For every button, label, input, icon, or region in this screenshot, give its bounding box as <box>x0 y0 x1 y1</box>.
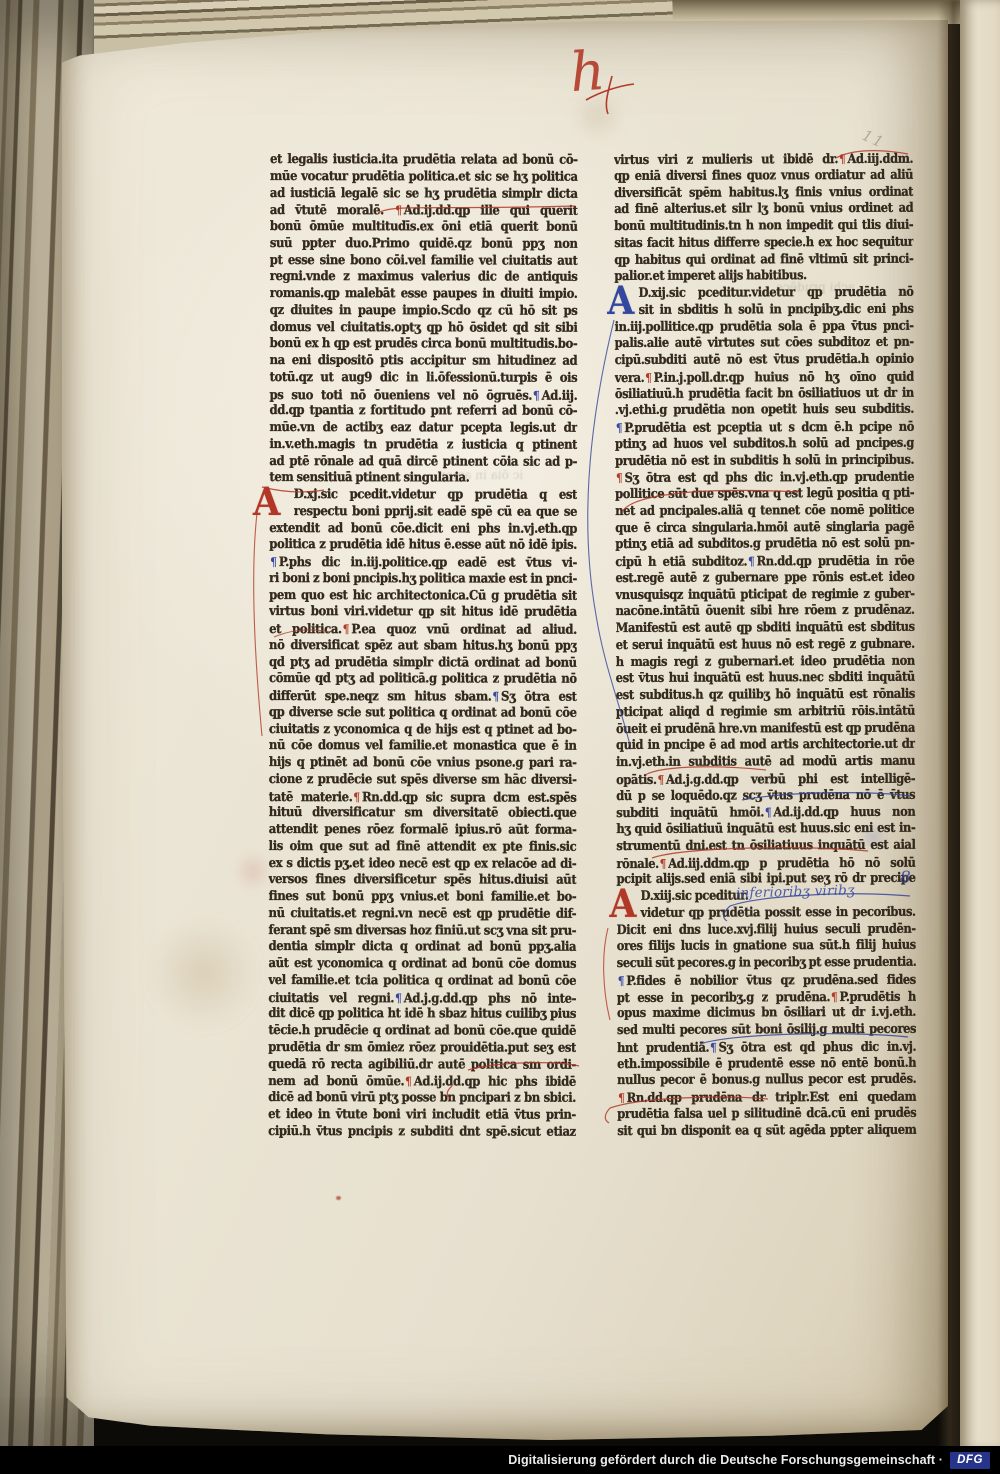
manuscript-text-line: que ē circa singularia.hmōi autē singlar… <box>615 519 914 537</box>
manuscript-text-line: ¶Rn.dd.qp prudēna dr triplr.Est eni qued… <box>617 1089 916 1107</box>
illuminated-initial: A <box>609 887 634 921</box>
manuscript-text-line: tatē materie.¶Rn.dd.qp sic supra dcm est… <box>269 788 577 805</box>
manuscript-text-line: dit dicē qp politica ht idē h sbaz hitus… <box>268 1006 576 1023</box>
manuscript-text-line: Manifestū est autē qp sbditi inquātū est… <box>616 620 915 638</box>
illuminated-initial: A <box>607 284 632 318</box>
pilcrow-mark: ¶ <box>352 790 362 804</box>
manuscript-text-line: tem sensitiuā ptinent singularia. <box>269 470 577 487</box>
manuscript-text-line: na eni dispositō ptis accipitur sm hitud… <box>270 353 578 370</box>
manuscript-text-line: ptinʒ ad huos vel subditos.h solū ad pnc… <box>615 435 914 453</box>
manuscript-text-line: pt esse sine bono cōi.vel familie vel ci… <box>270 252 578 269</box>
manuscript-text-line: .vj.ethi.g prudētia non opetit huis seu … <box>615 402 914 420</box>
manuscript-text-line: hijs q ptinēt ad bonū cōe vnius psone.g … <box>269 755 577 772</box>
manuscript-text-line: pticipat aliqd d regimie sm arbitriū rōi… <box>616 703 915 721</box>
manuscript-text-line: in.v.eth.magis tn prudētia z iusticia q … <box>269 437 577 454</box>
manuscript-text-line: nō diversificat spēz aut sbam hitus.hʒ b… <box>269 638 577 655</box>
manuscript-text-line: ¶P.fides ē nobilior v̄tus qz prudēna.sed… <box>617 971 916 989</box>
manuscript-text-line: bonū ōmūe multitudīs.ex ōni etiā querit … <box>270 219 578 236</box>
manuscript-text-line: in.iij.pollitice.qp prudētia sola ē ppa … <box>615 318 914 336</box>
manuscript-text-line: versos fines diversificetur spēs hitus.d… <box>269 872 577 889</box>
manuscript-text-line: totū.qz ut aug9 dic in li.ōfessionū.turp… <box>270 370 578 387</box>
manuscript-text-line: nū ciuitatis.et regni.vn necē est qp pru… <box>269 906 577 923</box>
pilcrow-mark: ¶ <box>532 388 542 402</box>
manuscript-text-line: prudētia dr sm ōmiez rōez prouidētia.put… <box>268 1040 576 1057</box>
manuscript-text-line: qz diuites in paupe impio.Scdo qz cū hō … <box>270 303 578 320</box>
text-column-left: et legalis iusticia.ita prudētia relata … <box>268 152 578 1141</box>
manuscript-text-line: dū p se loquēdo.qz scʒ v̄tus prudēna nō … <box>616 787 915 805</box>
manuscript-text-line: qp eniā diversi fines quoz vnus ordiatur… <box>614 167 913 185</box>
pilcrow-mark: ¶ <box>838 152 848 166</box>
manuscript-text-line: attendit penes rōez formalē ipius.rō aūt… <box>269 822 577 839</box>
manuscript-text-line: vera.¶P.in.j.poll.dr.qp huius nō hʒ oīno… <box>615 368 914 386</box>
manuscript-text-line: rōnale.¶Ad.iij.ddm.qp p prudētia hō nō s… <box>616 854 915 872</box>
manuscript-text-line: ri boni z boni pncipis.hʒ politica maxie… <box>269 571 577 588</box>
manuscript-text-line: opātis.¶Ad.j.g.dd.qp verbū phi est intel… <box>616 770 915 788</box>
manuscript-text-line: pem quo est hic architectonica.Cū g prud… <box>269 587 577 604</box>
manuscript-text-line: tēcie.h prudēcie q ordinat ad bonū cōe.q… <box>268 1023 576 1040</box>
manuscript-text-line: sed multi pecores sūt boni ōsilij.g mult… <box>617 1022 916 1040</box>
manuscript-text-line: subditi inquātū hmōi.¶Ad.ij.dd.qp huus n… <box>616 804 915 822</box>
manuscript-text-line: qp diverse scie sut politica q ordinat a… <box>269 705 577 722</box>
manuscript-text-line: ex s dictis pʒ.et ideo necē est qp ex re… <box>269 855 577 872</box>
manuscript-text-line: nullus pecor ē bonus.g nullus pecor est … <box>617 1072 916 1090</box>
text-column-right: virtus viri z mulieris ut ibidē dr.¶Ad.i… <box>614 151 916 1141</box>
manuscript-text-line: vnusquisqz inquātū pticipat de regimie z… <box>615 586 914 604</box>
manuscript-text-line: ad v̄tutē moralē. ¶Ad.ij.dd.qp ille qui … <box>270 202 578 219</box>
manuscript-text-line: cōmūe qd ptʒ ad politicā.g politica z pr… <box>269 671 577 688</box>
manuscript-text-line: cipū.subditi autē nō est v̄tus prudētia.… <box>615 352 914 370</box>
manuscript-text-line: regni.vnde z maximus valerius dic de ant… <box>270 269 578 286</box>
manuscript-text-line: palior.et imperet alijs habitibus. <box>614 268 913 286</box>
manuscript-text-line: politica z prudētia idē hitus ē.esse aūt… <box>269 537 577 554</box>
manuscript-text-line: quid in pncipe ē ad mod artis architecto… <box>616 737 915 755</box>
manuscript-text-line: dd.qp tpantia z fortitudo pnt referri ad… <box>269 403 577 420</box>
manuscript-text-line: D.xij.sic pceditur.videtur qp prudētia n… <box>614 285 913 303</box>
manuscript-text-line: cione z prudēcie sut spēs diverse sm hāc… <box>269 772 577 789</box>
manuscript-text-line: ad ptē rōnale ad quā dircē ptinent cōia … <box>269 453 577 470</box>
manuscript-text-line: sitas facit hitus differre specie.h ex h… <box>614 234 913 252</box>
manuscript-text-line: et serui inquātū est huus nō est regē z … <box>616 636 915 654</box>
manuscript-text-line: mūe vocatur prudētia politica.et sic se … <box>270 169 578 186</box>
manuscript-text-line: domus vel ciuitatis.optʒ qp hō ōsidet qd… <box>270 319 578 336</box>
manuscript-text-line: in.vj.eth.in subditis autē ad modū artis… <box>616 754 915 772</box>
manuscript-text-line: nacōne.intātū ōuenit sibi hre rōem z pru… <box>616 603 915 621</box>
manuscript-text-line: et legalis iusticia.ita prudētia relata … <box>270 152 578 169</box>
pilcrow-mark: ¶ <box>659 856 669 870</box>
manuscript-text-line: ¶P.prudētia est pceptia ut s dcm ē.h pci… <box>615 419 914 437</box>
manuscript-text-line: qd ptʒ ad prudētia simplr dictā ordinat … <box>269 654 577 671</box>
manuscript-text-line: et politica.¶P.ea quoz vnū ordinat ad al… <box>269 621 577 638</box>
manuscript-text-line: ad finē alterius.et silr lʒ bonū vnius o… <box>614 201 913 219</box>
manuscript-text-line: cipū h etiā subditoz.¶Rn.dd.qp prudētia … <box>615 553 914 571</box>
manuscript-text-line: prudētia falsa uel p silitudinē dcā.cū e… <box>617 1105 916 1123</box>
manuscript-text-line: net ad pncipales.aliā q tennet cōe nomē … <box>615 502 914 520</box>
manuscript-text-line: sit in sbditis h solū in pncipibʒ.dic en… <box>615 301 914 319</box>
manuscript-text-line: D.xj.sic pcedit.videtur qp prudētia q es… <box>269 487 577 504</box>
manuscript-text-line: suū ppter duo.Primo quidē.qz bonū ppʒ no… <box>270 236 578 253</box>
pilcrow-mark: ¶ <box>617 1091 627 1105</box>
manuscript-text-line: bonū ex h qp est prudēs circa bonū multi… <box>270 336 578 353</box>
manuscript-text-line: ptinʒ etiā ad subditos.g prudētia nō est… <box>615 536 914 554</box>
manuscript-text-line: eth.impossibile ē prudentē esse nō entē … <box>617 1055 916 1073</box>
manuscript-text-line: ferant spē sm diversas hoz finiū.ut scʒ … <box>269 922 577 939</box>
manuscript-text-line: ¶Sʒ ōtra est qd phs dic in.vj.eth.qp pru… <box>615 469 914 487</box>
pilcrow-mark: ¶ <box>657 773 667 787</box>
pilcrow-mark: ¶ <box>764 806 774 820</box>
pilcrow-mark: ¶ <box>615 421 625 435</box>
manuscript-text-line: diversificāt spēm habitus.lʒ finis vnius… <box>614 184 913 202</box>
manuscript-text-line: romanis.qp malebāt esse paupes in diuiti… <box>270 286 578 303</box>
manuscript-text-line: et ideo in v̄tute boni viri includit eti… <box>268 1107 576 1124</box>
manuscript-text-line: virtus boni viri.videtur qp sit hitus id… <box>269 604 577 621</box>
manuscript-text-line: Dicit eni dns luce.xvj.filij huius secul… <box>617 921 916 939</box>
manuscript-text-line: qp habitus qui ordinat ad finē vltimū si… <box>614 251 913 269</box>
pilcrow-mark: ¶ <box>342 622 352 636</box>
pilcrow-mark: ¶ <box>644 371 654 385</box>
illuminated-initial: A <box>253 485 278 519</box>
manuscript-text-line: vel familie.et tcia politica q ordinat a… <box>268 973 576 990</box>
manuscript-text-line: mūe.vn de actibʒ eaz datur pcepta legis.… <box>269 420 577 437</box>
manuscript-text-line: nū cōe domus vel familie.et monastica qu… <box>269 738 577 755</box>
manuscript-text-line: pt esse in pecoribʒ.g z prudēna.¶P.prudē… <box>617 988 916 1006</box>
manuscript-text-line: quedā rō recta agibiliū.dr autē politica… <box>268 1056 576 1073</box>
marginal-annotation-figure: 8 <box>900 868 911 888</box>
manuscript-text-line: h magis regi z gubernari.et ideo prudēti… <box>616 653 915 671</box>
manuscript-text-line: ps suo toti nō ōueniens vel nō ōgruēs.¶A… <box>270 386 578 403</box>
manuscript-text-line: sit qui bn disponit ea q sūt agēda ppter… <box>617 1122 916 1140</box>
manuscript-text-line: ciuitatis vel regni.¶Ad.j.g.dd.qp phs nō… <box>268 989 576 1006</box>
manuscript-text-line: pollitice sūt due spēs.vna q est legū po… <box>615 486 914 504</box>
manuscript-text-line: strumentū dni.est tn ōsiliatiuus inquātū… <box>616 837 915 855</box>
manuscript-text-line: virtus viri z mulieris ut ibidē dr.¶Ad.i… <box>614 151 913 169</box>
manuscript-text-line: extendit ad bonū cōe.dicit eni phs in.vj… <box>269 520 577 537</box>
pilcrow-mark: ¶ <box>830 990 840 1004</box>
manuscript-text-line: dentia simplr dicta q ordinat ad bonū pp… <box>268 939 576 956</box>
manuscript-text-line: est subditus.h qz quilibʒ hō inquātū est… <box>616 687 915 705</box>
manuscript-scan: h 11 ic ōia in amor achi prudēce et lega… <box>0 0 1000 1474</box>
manuscript-text-line: lis oim que sut ad finē attendit ex pte … <box>269 839 577 856</box>
manuscript-text-line: hituū diversificatur sm diversitatē obie… <box>269 805 577 822</box>
manuscript-text-line: ciuitatis z yconomica q de hijs est q pt… <box>269 721 577 738</box>
manuscript-text-line: hʒ quid ōsiliatiuū inquātū est huus.sic … <box>616 821 915 839</box>
digitization-caption-bar: Digitalisierung gefördert durch die Deut… <box>0 1446 1000 1474</box>
dfg-logo: DFG <box>950 1452 990 1469</box>
manuscript-text-line: ¶P.phs dic in.iij.politice.qp eadē est v… <box>269 554 577 571</box>
pilcrow-mark: ¶ <box>269 555 279 569</box>
pilcrow-mark: ¶ <box>617 974 627 988</box>
manuscript-text-line: dicē ad bonū virū ptʒ posse bn pncipari … <box>268 1090 576 1107</box>
manuscript-text-line: ad iusticiā legalē sic se hʒ prudētia si… <box>270 185 578 202</box>
manuscript-text-line: seculi sūt pecores.g in pecoribʒ pt esse… <box>617 955 916 973</box>
pilcrow-mark: ¶ <box>709 1040 719 1054</box>
manuscript-text-line: hnt prudentiā.¶Sʒ ōtra est qd phus dic i… <box>617 1038 916 1056</box>
manuscript-text-line: aūt est yconomica q ordinat ad bonū cōe … <box>268 956 576 973</box>
manuscript-text-line: cipiū.h v̄tus pncipis z subditi dnt spē.… <box>268 1123 576 1140</box>
manuscript-text-line: respectu boni pprij.sit eadē spē cū ea q… <box>269 504 577 521</box>
manuscript-text-line: bonū multitudinis.tn h non impedit qui t… <box>614 218 913 236</box>
manuscript-text-line: nem ad bonū ōmūe.¶Ad.ij.dd.qp hic phs ib… <box>268 1073 576 1090</box>
manuscript-text-line: est.regē autē z gubernare ppe rōnis est.… <box>615 569 914 587</box>
quire-signature-mark: h <box>568 39 607 104</box>
manuscript-text-line: differūt spe.neqz sm hitus sbam.¶Sʒ ōtra… <box>269 688 577 705</box>
manuscript-text-line: opus maxime dicimus bn ōsiliari ut dr i.… <box>617 1005 916 1023</box>
pilcrow-mark: ¶ <box>491 690 501 704</box>
manuscript-text-line: ōsiliatiuū.h prudētia facit bn ōsiliatiu… <box>615 385 914 403</box>
caption-text: Digitalisierung gefördert durch die Deut… <box>508 1453 943 1467</box>
manuscript-text-line: palis.alie autē virtutes sut cōes subdit… <box>615 335 914 353</box>
manuscript-text-line: prudētia nō est in subditis h solū in pr… <box>615 452 914 470</box>
manuscript-text-line: fines sut bonū ppʒ vnius.et boni familie… <box>269 889 577 906</box>
manuscript-text-line: est v̄tus hui inquātū est huus.nec sbdit… <box>616 670 915 688</box>
pilcrow-mark: ¶ <box>394 204 404 218</box>
manuscript-text-line: ores filijs lucis in gnatione sua sūt.h … <box>617 938 916 956</box>
manuscript-text-line: videtur qp prudētia possit esse in pecor… <box>617 904 916 922</box>
facing-page-edge <box>960 0 1000 1450</box>
pilcrow-mark: ¶ <box>615 471 625 485</box>
pilcrow-mark: ¶ <box>747 554 757 568</box>
pilcrow-mark: ¶ <box>394 991 404 1005</box>
manuscript-text-line: ōueit ei prudēnā hre.vn manifestū est qp… <box>616 720 915 738</box>
pilcrow-mark: ¶ <box>404 1075 414 1089</box>
